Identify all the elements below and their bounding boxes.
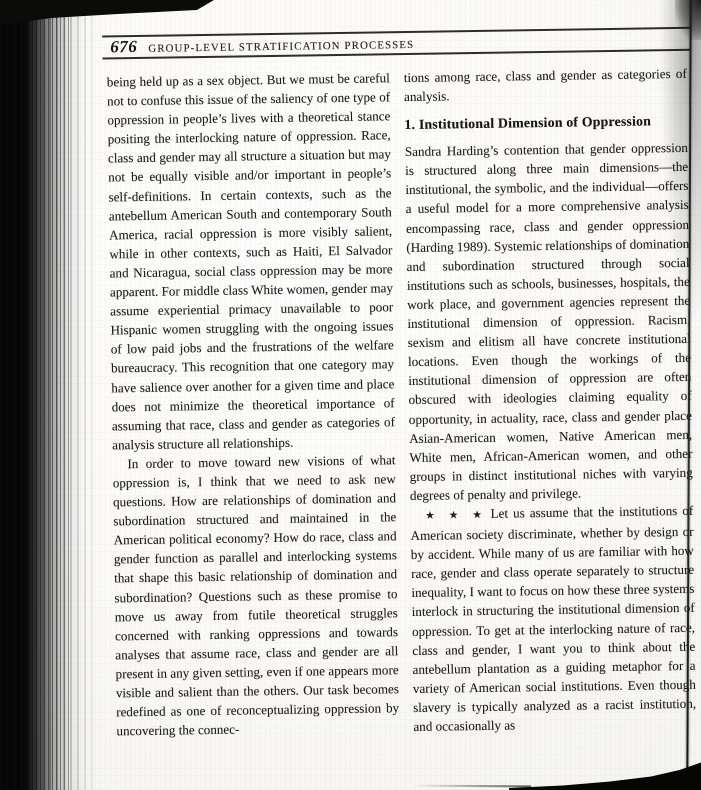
two-column-text-block: being held up as a sex object. But we mu… (107, 64, 697, 741)
running-head-title: GROUP-LEVEL STRATIFICATION PROCESSES (148, 39, 414, 55)
scan-right-edge-noise (660, 0, 701, 320)
body-paragraph-with-stars: ★ ★ ★Let us assume that the institutions… (410, 501, 696, 736)
body-paragraph: Sandra Harding’s contention that gender … (405, 138, 693, 505)
scan-top-right-corner-shadow (675, 0, 701, 40)
body-paragraph-continuation: tions among race, class and gender as ca… (404, 64, 688, 106)
scanned-book-page: { "header": { "page_number": "676", "run… (0, 0, 701, 790)
section-heading: 1. Institutional Dimension of Oppression (404, 113, 687, 133)
star-separator: ★ ★ ★ (425, 510, 490, 522)
body-paragraph: being held up as a sex object. But we mu… (107, 68, 396, 454)
page-number: 676 (110, 37, 137, 57)
body-paragraph: In order to move toward new visions of w… (112, 450, 399, 741)
text-column-left: being held up as a sex object. But we mu… (107, 68, 400, 740)
printed-page-content: 676 GROUP-LEVEL STRATIFICATION PROCESSES… (98, 18, 701, 777)
book-spine-gutter-shadow (0, 0, 102, 790)
text-column-right: tions among race, class and gender as ca… (404, 64, 697, 736)
body-paragraph-text: Let us assume that the institutions of A… (410, 503, 696, 734)
